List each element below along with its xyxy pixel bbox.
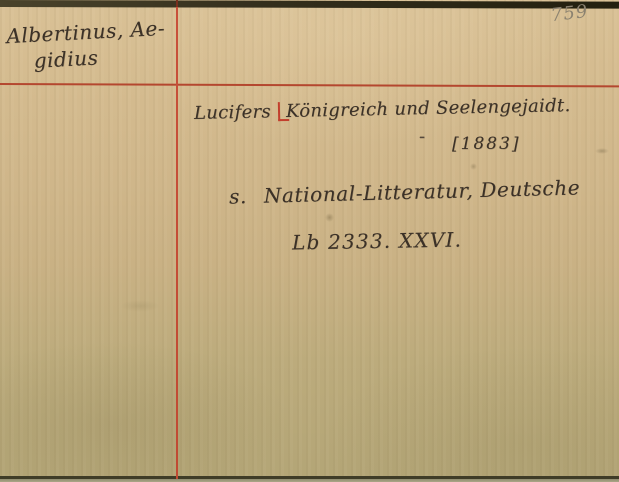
reference-abbreviation: s. xyxy=(229,184,247,208)
author-heading: Albertinus, Ae- gidius xyxy=(6,15,167,75)
title-text-before-mark: Lucifers xyxy=(194,101,271,124)
pencil-catalog-number: 759 xyxy=(550,1,590,26)
catalog-card-scan: 759 Albertinus, Ae- gidius LucifersKönig… xyxy=(0,0,619,482)
paper-stain xyxy=(595,148,609,154)
red-rule-vertical xyxy=(176,0,178,479)
stray-dash-mark: - xyxy=(419,126,425,147)
shelfmark: Lb 2333. XXVI. xyxy=(292,228,462,255)
paper-stain xyxy=(470,163,477,170)
paper-stain xyxy=(325,213,334,222)
paper-stain xyxy=(120,300,160,312)
year-annotation: [1883] xyxy=(452,134,521,154)
